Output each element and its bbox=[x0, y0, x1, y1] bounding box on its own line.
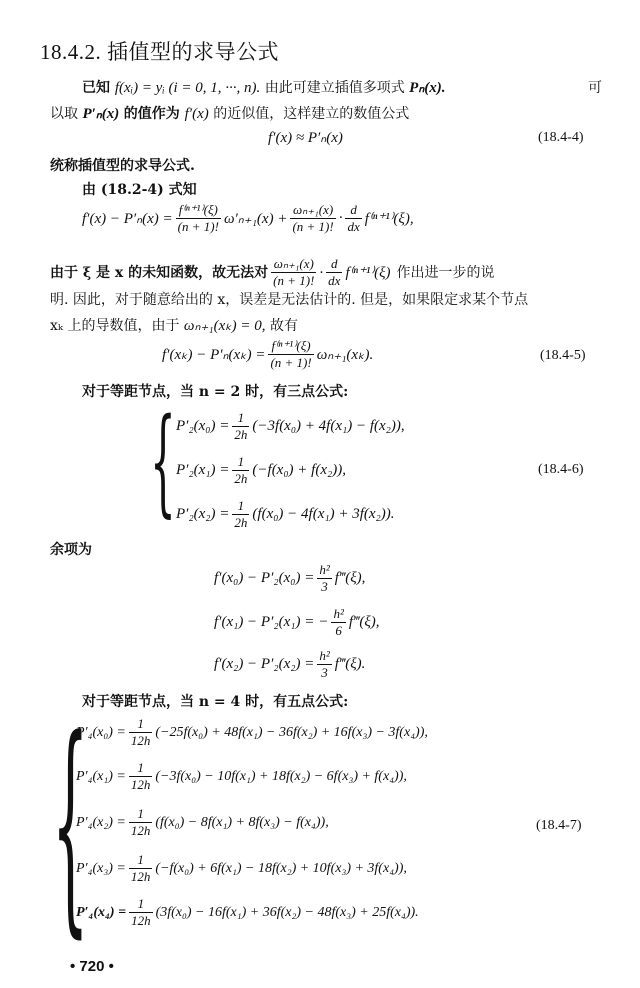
numerator: f⁽ⁿ⁺¹⁾(ξ) bbox=[176, 202, 221, 219]
numerator: h² bbox=[317, 648, 331, 665]
fraction: 12h bbox=[232, 410, 249, 443]
numerator: ωₙ₊₁(x) bbox=[271, 256, 316, 273]
numerator: 1 bbox=[232, 454, 249, 471]
denominator: 6 bbox=[331, 623, 345, 639]
paragraph-4-line-3: xₖ 上的导数值，由于 ωₙ₊₁(xₖ) = 0, 故有 bbox=[50, 316, 298, 336]
fraction: 112h bbox=[129, 760, 153, 793]
eq-rhs: f‴(ξ), bbox=[349, 614, 380, 631]
text: xₖ 上的导数值，由于 bbox=[50, 318, 184, 334]
text: 已知 bbox=[82, 80, 115, 96]
equation-row: P′₄(x₄) = 112h (3f(x₀) − 16f(x₁) + 36f(x… bbox=[76, 896, 419, 929]
math-inline: Pₙ(x). bbox=[409, 80, 445, 96]
eq-lhs: P′₄(x₃) = bbox=[76, 861, 126, 877]
eq-lhs: f′(xₖ) − P′ₙ(xₖ) = bbox=[162, 345, 265, 364]
equation-row: P′₂(x₂) = 12h (f(x₀) − 4f(x₁) + 3f(x₂)). bbox=[176, 498, 394, 531]
eq-rhs: (−f(x₀) + 6f(x₁) − 18f(x₂) + 10f(x₃) + 3… bbox=[155, 861, 407, 877]
fraction: f⁽ⁿ⁺¹⁾(ξ) (n + 1)! bbox=[268, 338, 313, 371]
text: 作出进一步的说 bbox=[397, 263, 495, 283]
fraction: h²3 bbox=[317, 648, 331, 681]
eq-term: f⁽ⁿ⁺¹⁾(ξ) bbox=[345, 263, 390, 283]
page-number: • 720 • bbox=[70, 958, 114, 975]
paragraph-7: 对于等距节点，当 n = 4 时，有五点公式: bbox=[82, 692, 348, 712]
eq-lhs: f′(x₀) − P′₂(x₀) = bbox=[214, 570, 314, 587]
eq-lhs: f′(x) − P′ₙ(x) = bbox=[82, 209, 173, 228]
equation-row: P′₄(x₂) = 112h (f(x₀) − 8f(x₁) + 8f(x₃) … bbox=[76, 806, 329, 839]
paragraph-1-line-1-end: 可 bbox=[588, 78, 602, 98]
numerator: ωₙ₊₁(x) bbox=[290, 202, 335, 219]
denominator: 12h bbox=[129, 823, 153, 839]
numerator: 1 bbox=[232, 410, 249, 427]
eq-rhs: (−25f(x₀) + 48f(x₁) − 36f(x₂) + 16f(x₃) … bbox=[155, 725, 428, 741]
eq-rhs: (−f(x₀) + f(x₂)), bbox=[252, 462, 346, 479]
denominator: 2h bbox=[232, 515, 249, 531]
fraction: 112h bbox=[129, 806, 153, 839]
eq-lhs: P′₂(x₀) = bbox=[176, 418, 229, 435]
denominator: 12h bbox=[129, 869, 153, 885]
math-inline: f′(x) bbox=[185, 106, 209, 122]
eq-rhs: (f(x₀) − 4f(x₁) + 3f(x₂)). bbox=[252, 506, 394, 523]
paragraph-4-line-2: 明. 因此，对于随意给出的 x，误差是无法估计的. 但是，如果限定求某个节点 bbox=[50, 290, 528, 310]
paragraph-1-line-1: 已知 f(xᵢ) = yᵢ (i = 0, 1, ···, n). 由此可建立插… bbox=[82, 78, 446, 98]
numerator: h² bbox=[317, 562, 331, 579]
remainder-row: f′(x₂) − P′₂(x₂) = h²3 f‴(ξ). bbox=[214, 648, 365, 681]
equation-label: (18.4-4) bbox=[538, 130, 584, 146]
numerator: d bbox=[345, 202, 361, 219]
text: 由此可建立插值多项式 bbox=[265, 80, 409, 96]
equation-18-4-4: f′(x) ≈ P′ₙ(x) bbox=[268, 128, 343, 147]
eq-rhs: (−3f(x₀) + 4f(x₁) − f(x₂)), bbox=[252, 418, 404, 435]
eq-term: · bbox=[319, 263, 323, 283]
denominator: (n + 1)! bbox=[268, 355, 313, 371]
fraction: f⁽ⁿ⁺¹⁾(ξ) (n + 1)! bbox=[176, 202, 221, 235]
eq-term: ω′ₙ₊₁(x) + bbox=[224, 209, 288, 228]
text: 故有 bbox=[270, 318, 298, 334]
eq-lhs: P′₄(x₄) = bbox=[76, 905, 126, 921]
math-inline: ωₙ₊₁(xₖ) = 0, bbox=[184, 318, 266, 334]
eq-lhs: P′₂(x₁) = bbox=[176, 462, 229, 479]
denominator: 3 bbox=[317, 665, 331, 681]
eq-term: ωₙ₊₁(xₖ). bbox=[317, 345, 373, 364]
equation-row: P′₂(x₁) = 12h (−f(x₀) + f(x₂)), bbox=[176, 454, 346, 487]
denominator: 12h bbox=[129, 913, 153, 929]
eq-lhs: P′₂(x₂) = bbox=[176, 506, 229, 523]
paragraph-1-line-2: 以取 P′ₙ(x) 的值作为 f′(x) 的近似值，这样建立的数值公式 bbox=[50, 104, 409, 124]
eq-lhs: P′₄(x₀) = bbox=[76, 725, 126, 741]
paragraph-3: 由 (18.2-4) 式知 bbox=[82, 180, 197, 200]
text: 由于 ξ 是 x 的未知函数，故无法对 bbox=[50, 263, 268, 283]
eq-rhs: f‴(ξ). bbox=[335, 656, 366, 673]
denominator: 12h bbox=[129, 777, 153, 793]
numerator: 1 bbox=[129, 806, 153, 823]
text: 的近似值，这样建立的数值公式 bbox=[213, 106, 409, 122]
fraction: 12h bbox=[232, 498, 249, 531]
numerator: 1 bbox=[129, 896, 153, 913]
section-number: 18.4.2. bbox=[40, 40, 101, 64]
fraction: h²3 bbox=[317, 562, 331, 595]
denominator: dx bbox=[345, 219, 361, 235]
equation-row: P′₄(x₀) = 112h (−25f(x₀) + 48f(x₁) − 36f… bbox=[76, 716, 428, 749]
eq-sign: − bbox=[318, 614, 328, 631]
numerator: h² bbox=[331, 606, 345, 623]
fraction: ωₙ₊₁(x) (n + 1)! bbox=[271, 256, 316, 289]
denominator: 3 bbox=[317, 579, 331, 595]
numerator: 1 bbox=[129, 716, 153, 733]
fraction: h²6 bbox=[331, 606, 345, 639]
math-inline: f(xᵢ) = yᵢ (i = 0, 1, ···, n). bbox=[115, 80, 260, 96]
numerator: d bbox=[326, 256, 342, 273]
remainder-row: f′(x₀) − P′₂(x₀) = h²3 f‴(ξ), bbox=[214, 562, 365, 595]
eq-term: · bbox=[339, 210, 343, 227]
eq-lhs: P′₄(x₂) = bbox=[76, 815, 126, 831]
denominator: 2h bbox=[232, 471, 249, 487]
equation-row: P′₂(x₀) = 12h (−3f(x₀) + 4f(x₁) − f(x₂))… bbox=[176, 410, 405, 443]
fraction: 112h bbox=[129, 716, 153, 749]
equation-label: (18.4-6) bbox=[538, 462, 584, 478]
eq-term: f⁽ⁿ⁺¹⁾(ξ), bbox=[365, 209, 414, 228]
paragraph-6: 余项为 bbox=[50, 540, 92, 560]
denominator: 2h bbox=[232, 427, 249, 443]
denominator: dx bbox=[326, 273, 342, 289]
paragraph-5: 对于等距节点，当 n = 2 时，有三点公式: bbox=[82, 382, 348, 402]
equation-18-4-5: f′(xₖ) − P′ₙ(xₖ) = f⁽ⁿ⁺¹⁾(ξ) (n + 1)! ωₙ… bbox=[162, 338, 373, 371]
equation-label: (18.4-5) bbox=[540, 348, 586, 364]
eq-rhs: (f(x₀) − 8f(x₁) + 8f(x₃) − f(x₄)), bbox=[155, 815, 328, 831]
fraction: ωₙ₊₁(x) (n + 1)! bbox=[290, 202, 335, 235]
denominator: (n + 1)! bbox=[176, 219, 221, 235]
fraction: 112h bbox=[129, 852, 153, 885]
denominator: 12h bbox=[129, 733, 153, 749]
numerator: f⁽ⁿ⁺¹⁾(ξ) bbox=[268, 338, 313, 355]
equation-label: (18.4-7) bbox=[536, 818, 582, 834]
fraction: 112h bbox=[129, 896, 153, 929]
eq-rhs: (3f(x₀) − 16f(x₁) + 36f(x₂) − 48f(x₃) + … bbox=[156, 905, 419, 921]
denominator: (n + 1)! bbox=[290, 219, 335, 235]
section-title: 插值型的求导公式 bbox=[107, 40, 279, 64]
eq-lhs: P′₄(x₁) = bbox=[76, 769, 126, 785]
fraction: d dx bbox=[345, 202, 361, 235]
eq-rhs: f‴(ξ), bbox=[335, 570, 366, 587]
text: 的值作为 bbox=[124, 106, 185, 122]
paragraph-4-line-1: 由于 ξ 是 x 的未知函数，故无法对 ωₙ₊₁(x) (n + 1)! · d… bbox=[50, 256, 495, 289]
paragraph-2: 统称插值型的求导公式. bbox=[50, 156, 195, 176]
equation-row: P′₄(x₃) = 112h (−f(x₀) + 6f(x₁) − 18f(x₂… bbox=[76, 852, 407, 885]
fraction: 12h bbox=[232, 454, 249, 487]
equation-row: P′₄(x₁) = 112h (−3f(x₀) − 10f(x₁) + 18f(… bbox=[76, 760, 407, 793]
eq-lhs: f′(x₁) − P′₂(x₁) = bbox=[214, 614, 314, 631]
equation-error-term: f′(x) − P′ₙ(x) = f⁽ⁿ⁺¹⁾(ξ) (n + 1)! ω′ₙ₊… bbox=[82, 202, 414, 235]
text: 以取 bbox=[50, 106, 82, 122]
denominator: (n + 1)! bbox=[271, 273, 316, 289]
left-brace-icon: { bbox=[150, 404, 176, 520]
numerator: 1 bbox=[129, 852, 153, 869]
remainder-row: f′(x₁) − P′₂(x₁) = − h²6 f‴(ξ), bbox=[214, 606, 380, 639]
eq-rhs: (−3f(x₀) − 10f(x₁) + 18f(x₂) − 6f(x₃) + … bbox=[155, 769, 407, 785]
numerator: 1 bbox=[129, 760, 153, 777]
section-heading: 18.4.2. 插值型的求导公式 bbox=[40, 36, 279, 66]
fraction: d dx bbox=[326, 256, 342, 289]
eq-lhs: f′(x₂) − P′₂(x₂) = bbox=[214, 656, 314, 673]
numerator: 1 bbox=[232, 498, 249, 515]
math-inline: P′ₙ(x) bbox=[82, 106, 119, 122]
